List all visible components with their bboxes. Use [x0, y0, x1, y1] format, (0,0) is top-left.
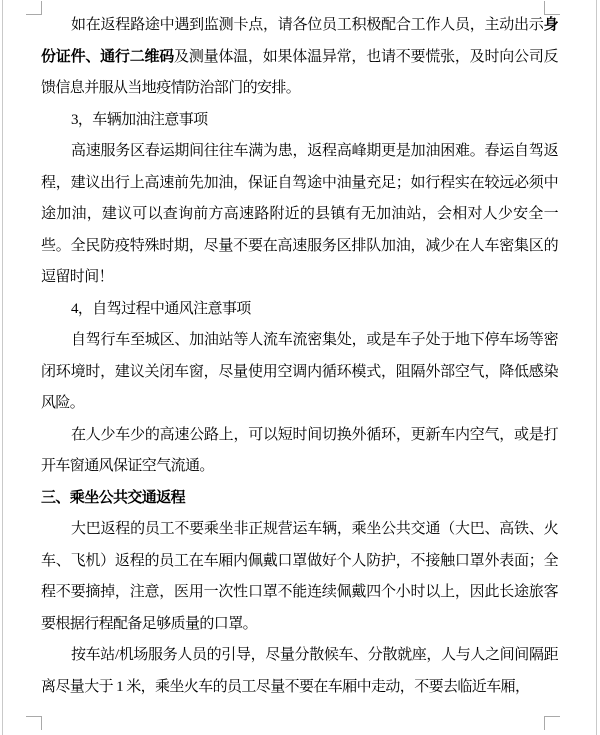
- paragraph[interactable]: 大巴返程的员工不要乘坐非正规营运车辆，乘坐公共交通（大巴、高铁、火车、飞机）返程…: [41, 514, 558, 640]
- text-run: 按车站/机场服务人员的引导，尽量分散候车、分散就座，人与人之间间隔距离尽量大于 …: [41, 647, 558, 695]
- sub-heading[interactable]: 3，车辆加油注意事项: [41, 105, 558, 137]
- margin-mark-top-left-icon: [26, 1, 42, 15]
- paragraph[interactable]: 按车站/机场服务人员的引导，尽量分散候车、分散就座，人与人之间间隔距离尽量大于 …: [41, 640, 558, 703]
- document-body: 如在返程路途中遇到监测卡点，请各位员工积极配合工作人员，主动出示身份证件、通行二…: [41, 10, 558, 735]
- bold-text-run: 三、乘坐公共交通返程: [41, 490, 185, 506]
- section-heading[interactable]: 三、乘坐公共交通返程: [41, 483, 558, 515]
- paragraph[interactable]: 在人少车少的高速公路上，可以短时间切换外循环，更新车内空气，或是打开车窗通风保证…: [41, 420, 558, 483]
- paragraph[interactable]: 如在返程路途中遇到监测卡点，请各位员工积极配合工作人员，主动出示身份证件、通行二…: [41, 10, 558, 105]
- text-run: 自驾行车至城区、加油站等人流车流密集处，或是车子处于地下停车场等密闭环境时，建议…: [41, 332, 558, 411]
- text-run: 3，车辆加油注意事项: [71, 112, 208, 128]
- text-run: 在人少车少的高速公路上，可以短时间切换外循环，更新车内空气，或是打开车窗通风保证…: [41, 427, 558, 475]
- text-run: 4，自驾过程中通风注意事项: [71, 301, 251, 317]
- sub-heading[interactable]: 4，自驾过程中通风注意事项: [41, 294, 558, 326]
- document-viewport: 如在返程路途中遇到监测卡点，请各位员工积极配合工作人员，主动出示身份证件、通行二…: [0, 0, 600, 735]
- text-run: 如在返程路途中遇到监测卡点，请各位员工积极配合工作人员，主动出示: [71, 17, 544, 33]
- document-page[interactable]: 如在返程路途中遇到监测卡点，请各位员工积极配合工作人员，主动出示身份证件、通行二…: [2, 0, 597, 735]
- paragraph[interactable]: 自驾行车至城区、加油站等人流车流密集处，或是车子处于地下停车场等密闭环境时，建议…: [41, 325, 558, 420]
- paragraph[interactable]: 高速服务区春运期间往往车满为患，返程高峰期更是加油困难。春运自驾返程，建议出行上…: [41, 136, 558, 294]
- text-run: 大巴返程的员工不要乘坐非正规营运车辆，乘坐公共交通（大巴、高铁、火车、飞机）返程…: [41, 521, 558, 632]
- margin-mark-bottom-left-icon: [26, 716, 42, 730]
- text-run: 高速服务区春运期间往往车满为患，返程高峰期更是加油困难。春运自驾返程，建议出行上…: [41, 143, 558, 285]
